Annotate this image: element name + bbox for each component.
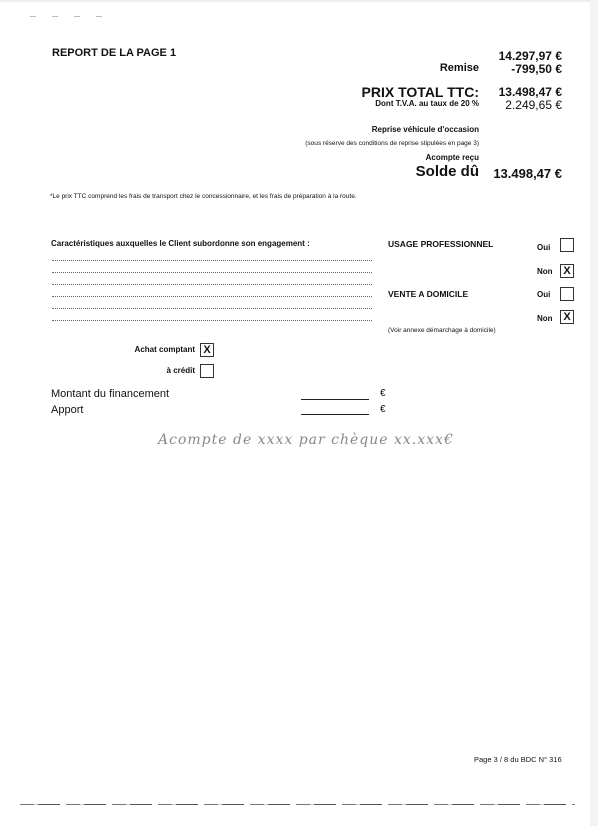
report-amount: 14.297,97 € — [499, 49, 562, 63]
usage-pro-non-checkbox[interactable]: X — [560, 264, 574, 278]
tva-label: Dont T.V.A. au taux de 20 % — [375, 99, 479, 108]
engagement-line[interactable] — [52, 272, 372, 273]
vente-domicile-non-label: Non — [537, 314, 553, 323]
report-label: REPORT DE LA PAGE 1 — [52, 47, 176, 59]
a-credit-checkbox[interactable] — [200, 364, 214, 378]
achat-comptant-checkbox[interactable]: X — [200, 343, 214, 357]
montant-financement-label: Montant du financement — [51, 388, 169, 400]
remise-amount: -799,50 € — [511, 62, 562, 76]
tva-amount: 2.249,65 € — [505, 98, 562, 112]
document-page: REPORT DE LA PAGE 1 14.297,97 € Remise -… — [0, 0, 590, 826]
acompte-label: Acompte reçu — [426, 153, 479, 162]
a-credit-label: à crédit — [167, 366, 195, 375]
engagement-line[interactable] — [52, 320, 372, 321]
vente-domicile-oui-checkbox[interactable] — [560, 287, 574, 301]
usage-pro-oui-checkbox[interactable] — [560, 238, 574, 252]
usage-pro-label: USAGE PROFESSIONNEL — [388, 239, 493, 249]
solde-amount: 13.498,47 € — [493, 166, 562, 181]
achat-comptant-label: Achat comptant — [135, 345, 195, 354]
usage-pro-oui-label: Oui — [537, 243, 550, 252]
usage-pro-non-label: Non — [537, 267, 553, 276]
solde-label: Solde dû — [416, 163, 479, 180]
reprise-note: (sous réserve des conditions de reprise … — [305, 140, 479, 147]
vente-domicile-note: (Voir annexe démarchage à domicile) — [388, 327, 496, 334]
engagement-title: Caractéristiques auxquelles le Client su… — [51, 239, 310, 248]
scan-artifact — [20, 804, 575, 805]
engagement-line[interactable] — [52, 284, 372, 285]
apport-currency: € — [380, 404, 386, 415]
engagement-line[interactable] — [52, 296, 372, 297]
montant-financement-field[interactable] — [301, 399, 369, 400]
remise-label: Remise — [440, 62, 479, 74]
vente-domicile-label: VENTE A DOMICILE — [388, 289, 468, 299]
montant-financement-currency: € — [380, 388, 386, 399]
vente-domicile-oui-label: Oui — [537, 290, 550, 299]
apport-field[interactable] — [301, 414, 369, 415]
footnote: *Le prix TTC comprend les frais de trans… — [50, 193, 357, 200]
scan-artifact — [30, 16, 110, 17]
page-number: Page 3 / 8 du BDC N° 316 — [474, 755, 562, 764]
engagement-line[interactable] — [52, 308, 372, 309]
prix-total-label: PRIX TOTAL TTC: — [362, 84, 479, 100]
prix-total-amount: 13.498,47 € — [499, 85, 562, 99]
engagement-line[interactable] — [52, 260, 372, 261]
vente-domicile-non-checkbox[interactable]: X — [560, 310, 574, 324]
reprise-label: Reprise véhicule d'occasion — [372, 125, 479, 134]
apport-label: Apport — [51, 404, 83, 416]
handwritten-note: Acompte de xxxx par chèque xx.xxx€ — [158, 432, 454, 448]
